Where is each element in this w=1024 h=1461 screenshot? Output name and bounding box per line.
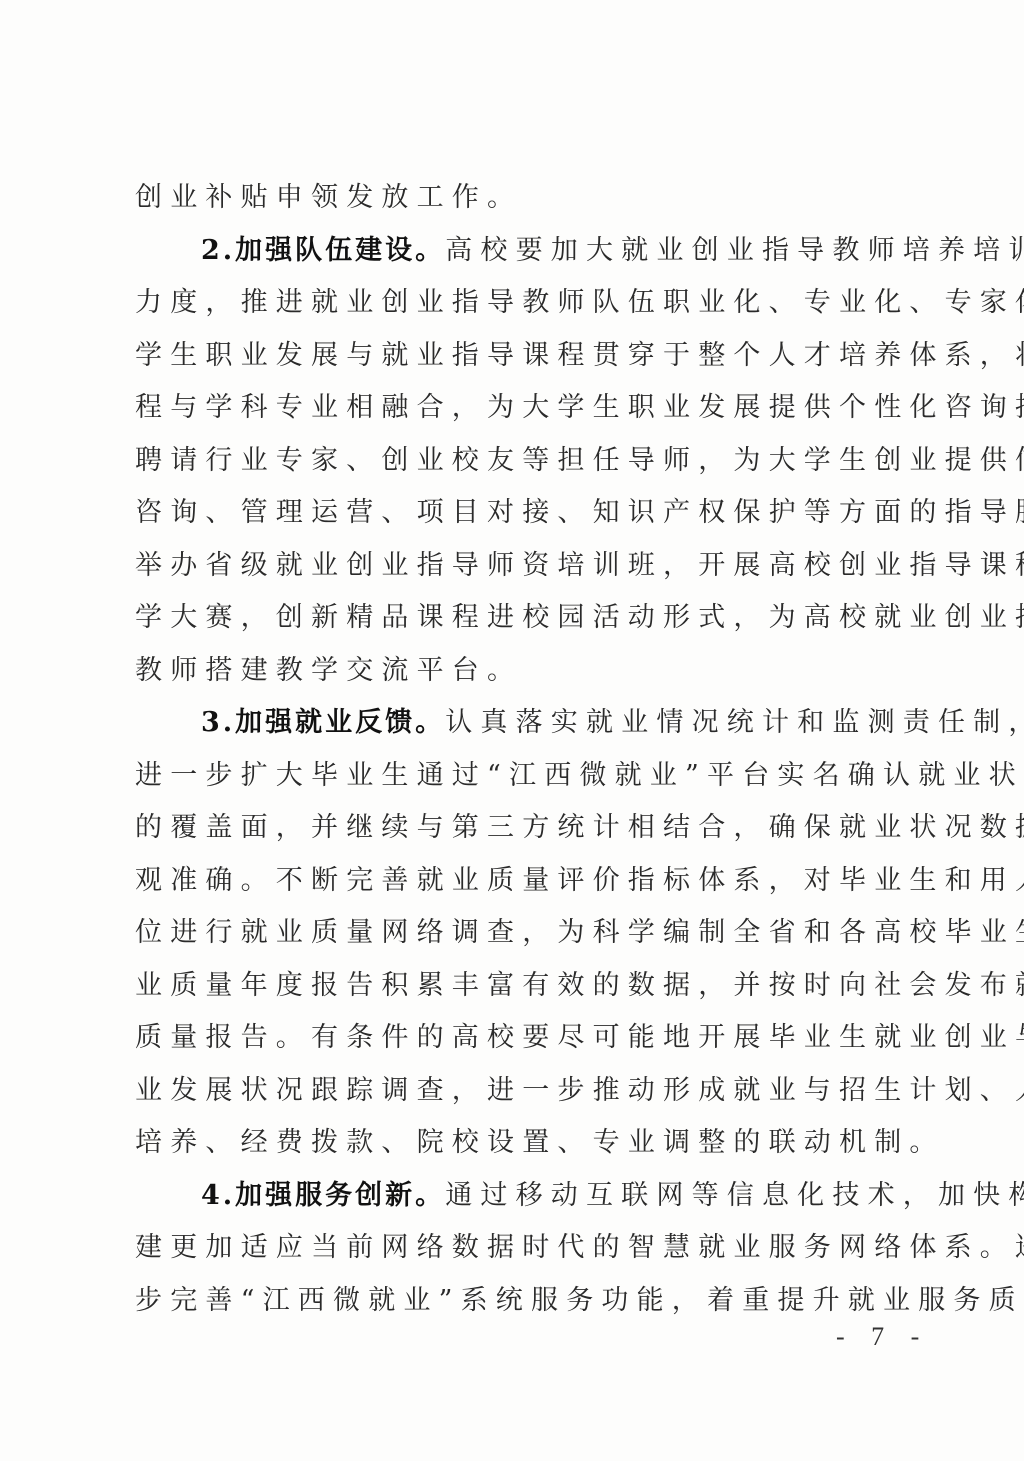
section-heading-employment-feedback: 3.加强就业反馈。 [201,707,445,738]
text-line: 教师搭建教学交流平台。 [135,645,900,698]
text-line: 质量报告。有条件的高校要尽可能地开展毕业生就业创业与职 [135,1012,900,1065]
text-line: 业质量年度报告积累丰富有效的数据，并按时向社会发布就业 [135,960,900,1013]
text-span: 通过移动互联网等信息化技术，加快构 [445,1180,1024,1211]
text-line: 建更加适应当前网络数据时代的智慧就业服务网络体系。进一 [135,1222,900,1275]
text-line: 进一步扩大毕业生通过“江西微就业”平台实名确认就业状况 [135,750,900,803]
text-span: 认真落实就业情况统计和监测责任制， [445,707,1024,738]
section-heading-service-innovation: 4.加强服务创新。 [201,1180,445,1211]
text-line: 力度，推进就业创业指导教师队伍职业化、专业化、专家化。把 [135,277,900,330]
text-line: 位进行就业质量网络调查，为科学编制全省和各高校毕业生就 [135,907,900,960]
text-line: 观准确。不断完善就业质量评价指标体系，对毕业生和用人单 [135,855,900,908]
text-line: 培养、经费拨款、院校设置、专业调整的联动机制。 [135,1117,900,1170]
text-span: 高校要加大就业创业指导教师培养培训 [445,235,1024,266]
section-heading-team-building: 2.加强队伍建设。 [201,235,445,266]
text-line: 步完善“江西微就业”系统服务功能，着重提升就业服务质量， [135,1275,900,1328]
paragraph-first-line: 3.加强就业反馈。认真落实就业情况统计和监测责任制， [135,697,900,750]
text-line: 的覆盖面，并继续与第三方统计相结合，确保就业状况数据客 [135,802,900,855]
text-line: 程与学科专业相融合，为大学生职业发展提供个性化咨询指导。 [135,382,900,435]
paragraph-first-line: 2.加强队伍建设。高校要加大就业创业指导教师培养培训 [135,225,900,278]
text-line: 学生职业发展与就业指导课程贯穿于整个人才培养体系，将课 [135,330,900,383]
text-line: 聘请行业专家、创业校友等担任导师，为大学生创业提供信息 [135,435,900,488]
text-line: 举办省级就业创业指导师资培训班，开展高校创业指导课程教 [135,540,900,593]
document-body: 创业补贴申领发放工作。 2.加强队伍建设。高校要加大就业创业指导教师培养培训 力… [135,172,900,1327]
text-line: 业发展状况跟踪调查，进一步推动形成就业与招生计划、人才 [135,1065,900,1118]
text-line: 学大赛，创新精品课程进校园活动形式，为高校就业创业指导 [135,592,900,645]
text-line: 创业补贴申领发放工作。 [135,172,900,225]
text-line: 咨询、管理运营、项目对接、知识产权保护等方面的指导服务。 [135,487,900,540]
page-number: - 7 - [836,1322,929,1352]
document-page: 创业补贴申领发放工作。 2.加强队伍建设。高校要加大就业创业指导教师培养培训 力… [0,0,1024,1461]
paragraph-first-line: 4.加强服务创新。通过移动互联网等信息化技术，加快构 [135,1170,900,1223]
